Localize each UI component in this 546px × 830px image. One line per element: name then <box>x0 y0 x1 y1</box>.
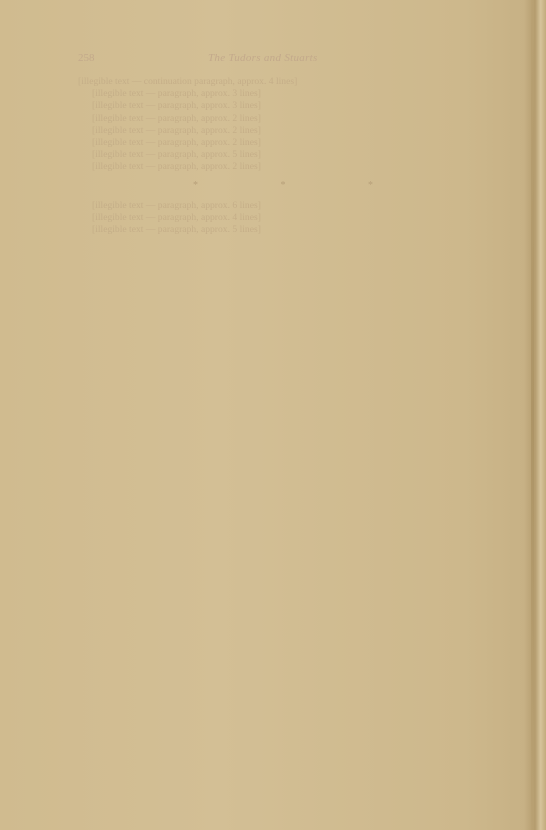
running-header: 258 The Tudors and Stuarts <box>78 52 488 64</box>
paragraph: [illegible text — paragraph, approx. 5 l… <box>78 224 488 236</box>
paragraph: [illegible text — paragraph, approx. 2 l… <box>78 137 488 149</box>
page-body: [illegible text — continuation paragraph… <box>78 76 488 236</box>
paragraph: [illegible text — paragraph, approx. 2 l… <box>78 161 488 173</box>
page-spine-edge <box>531 0 534 830</box>
section-separator: * * * <box>118 180 488 192</box>
scanned-page: 258 The Tudors and Stuarts [illegible te… <box>0 0 546 830</box>
section-1: [illegible text — continuation paragraph… <box>78 76 488 174</box>
paragraph: [illegible text — paragraph, approx. 3 l… <box>78 100 488 112</box>
running-title: The Tudors and Stuarts <box>208 52 318 64</box>
paragraph: [illegible text — paragraph, approx. 5 l… <box>78 149 488 161</box>
paragraph: [illegible text — paragraph, approx. 4 l… <box>78 212 488 224</box>
paragraph: [illegible text — paragraph, approx. 2 l… <box>78 113 488 125</box>
paragraph: [illegible text — continuation paragraph… <box>78 76 488 88</box>
section-2: [illegible text — paragraph, approx. 6 l… <box>78 200 488 237</box>
paragraph: [illegible text — paragraph, approx. 2 l… <box>78 125 488 137</box>
page-number: 258 <box>78 52 208 64</box>
paragraph: [illegible text — paragraph, approx. 6 l… <box>78 200 488 212</box>
paragraph: [illegible text — paragraph, approx. 3 l… <box>78 88 488 100</box>
